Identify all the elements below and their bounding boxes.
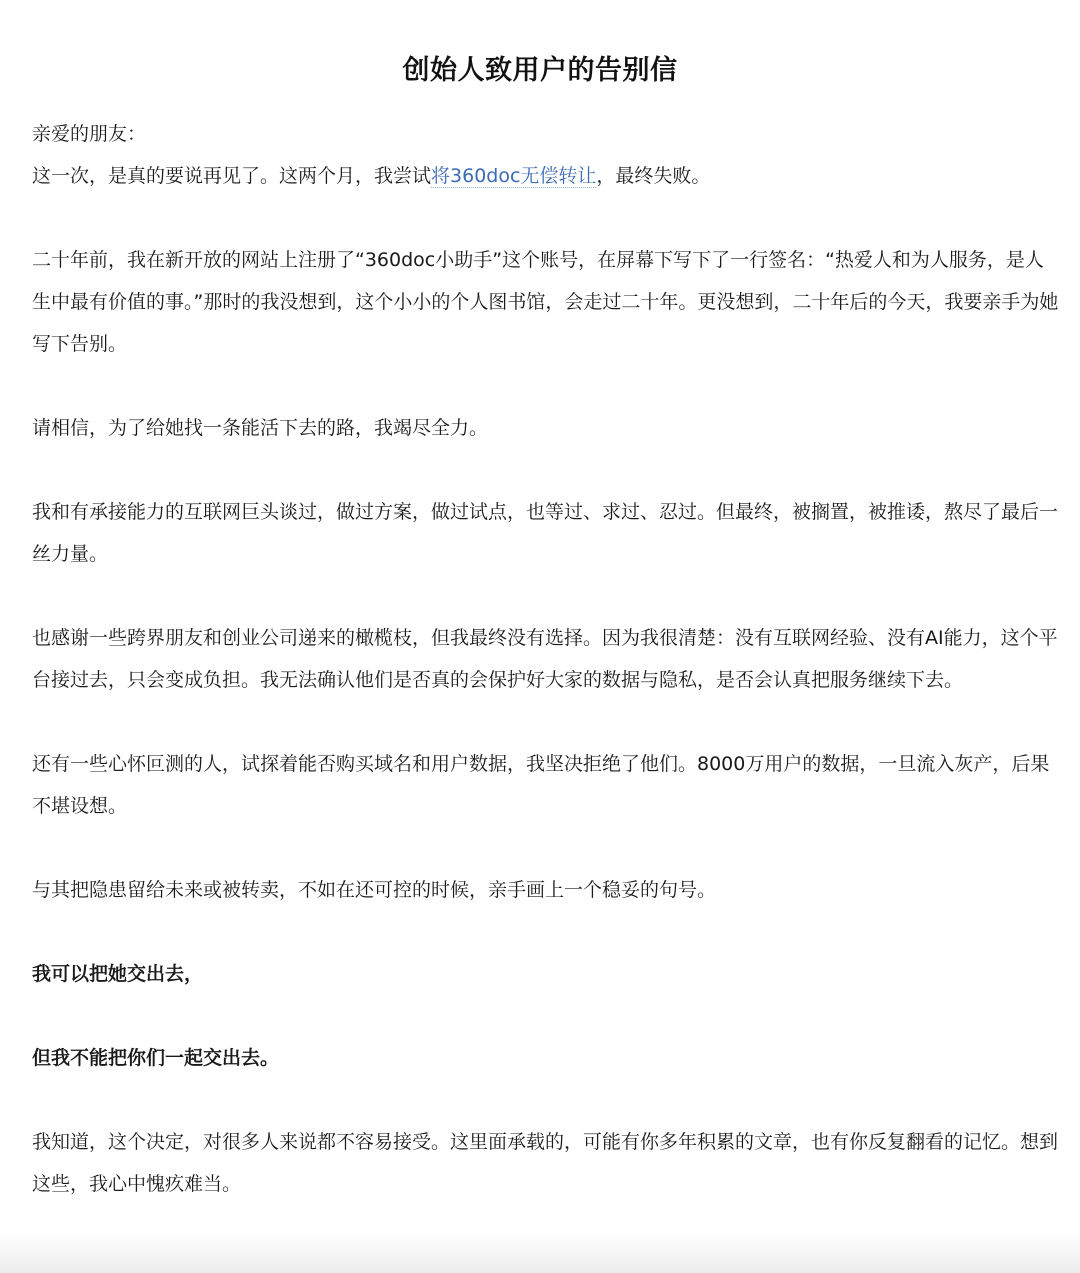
closing-paragraph: 我知道，这个决定，对很多人来说都不容易接受。这里面承载的，可能有你多年积累的文章… [32, 1121, 1062, 1205]
bold-statement: 但我不能把你们一起交出去。 [32, 1037, 1062, 1079]
intro-text-before: 这一次，是真的要说再见了。这两个月，我尝试 [32, 165, 431, 187]
spacer [32, 449, 1062, 491]
spacer [32, 701, 1062, 743]
paragraph: 请相信，为了给她找一条能活下去的路，我竭尽全力。 [32, 407, 1062, 449]
intro-paragraph: 这一次，是真的要说再见了。这两个月，我尝试将360doc无偿转让，最终失败。 [32, 155, 1062, 197]
spacer [32, 1079, 1062, 1121]
spacer [32, 365, 1062, 407]
paragraph: 二十年前，我在新开放的网站上注册了“360doc小助手”这个账号，在屏幕下写下了… [32, 239, 1062, 365]
letter-title: 创始人致用户的告别信 [0, 48, 1080, 87]
paragraph: 还有一些心怀叵测的人，试探着能否购买域名和用户数据，我坚决拒绝了他们。8000万… [32, 743, 1062, 827]
transfer-link[interactable]: 将360doc无偿转让 [431, 165, 596, 188]
bold-statement: 我可以把她交出去， [32, 953, 1062, 995]
intro-text-after: ，最终失败。 [596, 165, 710, 187]
paragraph: 与其把隐患留给未来或被转卖，不如在还可控的时候，亲手画上一个稳妥的句号。 [32, 869, 1062, 911]
spacer [32, 995, 1062, 1037]
spacer [32, 575, 1062, 617]
letter-body: 亲爱的朋友： 这一次，是真的要说再见了。这两个月，我尝试将360doc无偿转让，… [32, 113, 1062, 1205]
paragraph: 也感谢一些跨界朋友和创业公司递来的橄榄枝，但我最终没有选择。因为我很清楚：没有互… [32, 617, 1062, 701]
paragraph: 我和有承接能力的互联网巨头谈过，做过方案，做过试点，也等过、求过、忍过。但最终，… [32, 491, 1062, 575]
spacer [32, 197, 1062, 239]
spacer [32, 827, 1062, 869]
spacer [32, 911, 1062, 953]
bottom-fade [0, 1233, 1080, 1273]
greeting: 亲爱的朋友： [32, 113, 1062, 155]
